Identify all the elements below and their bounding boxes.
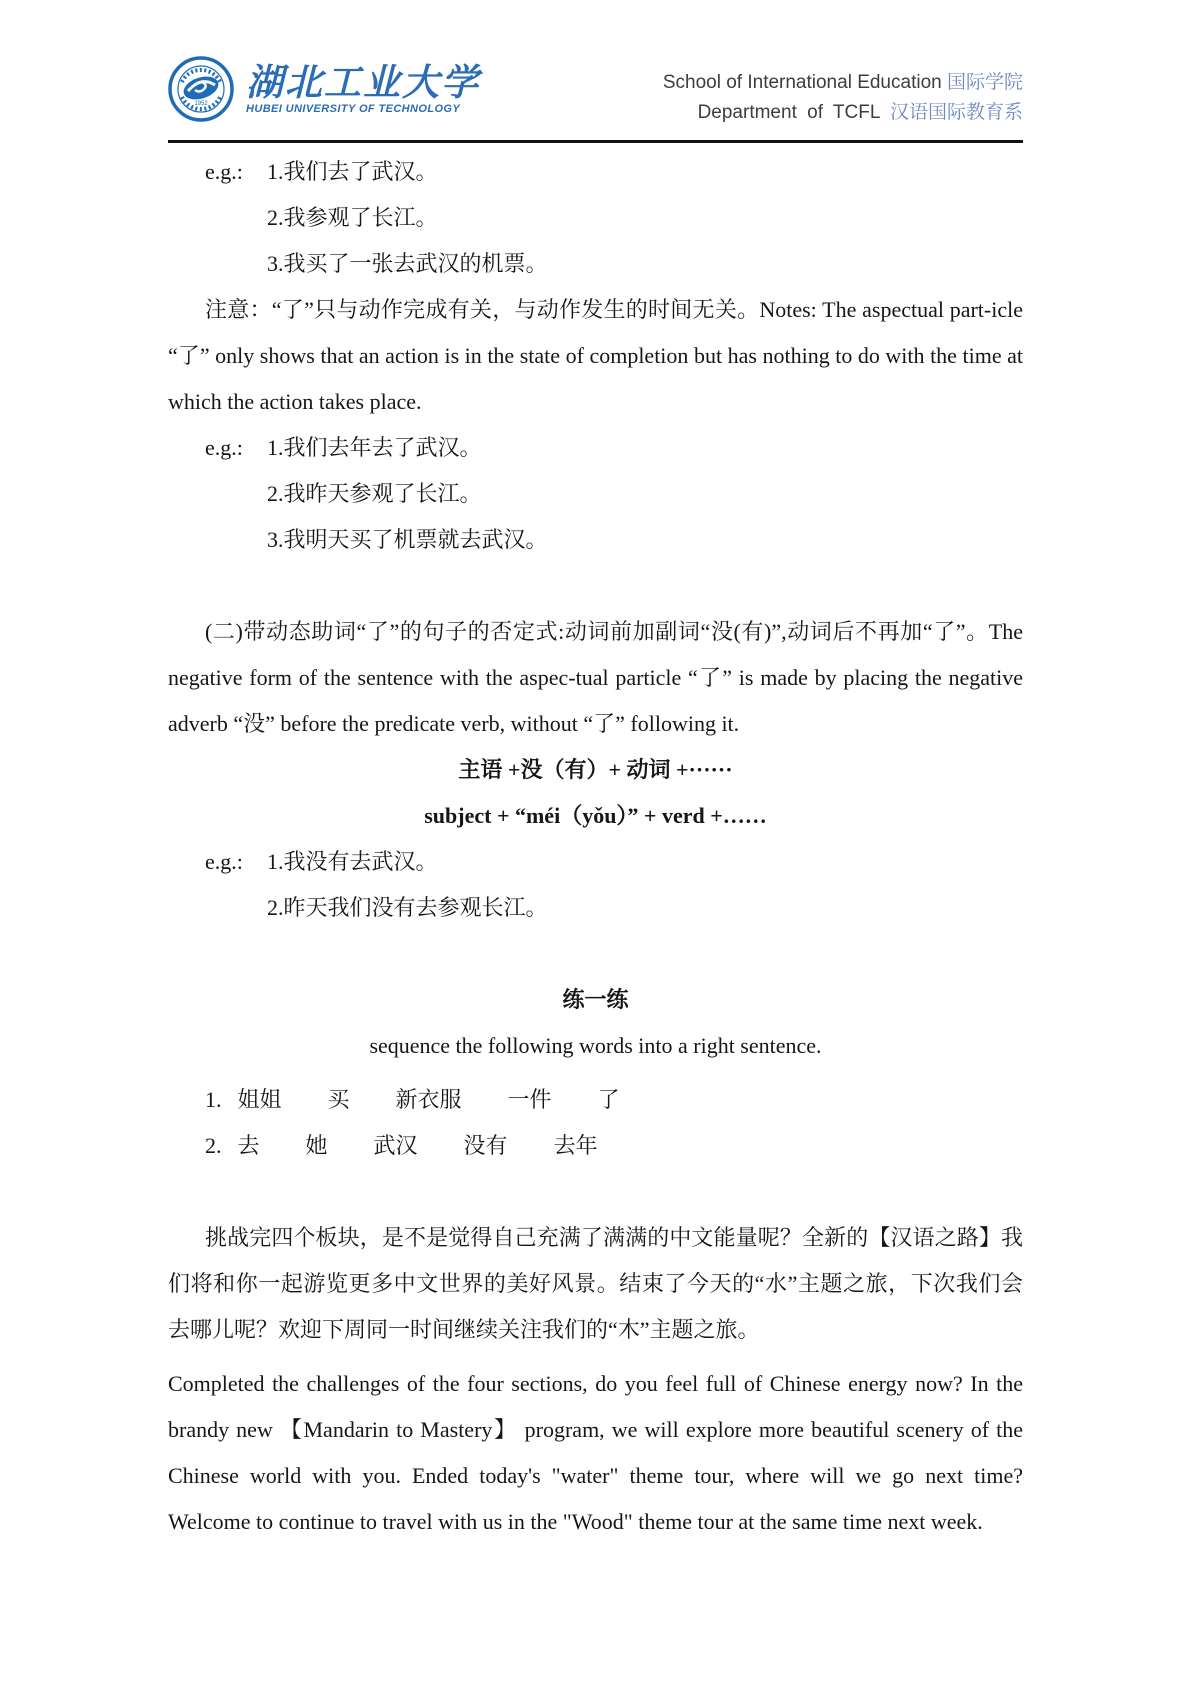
- practice-instruction: sequence the following words into a righ…: [168, 1023, 1023, 1069]
- exercise-words: 去 她 武汉 没有 去年: [238, 1123, 598, 1169]
- university-name-cn: 湖北工业大学: [246, 62, 480, 102]
- exercise-word: 她: [306, 1123, 328, 1169]
- exercise-word: 新衣服: [396, 1077, 462, 1123]
- example-block-1: e.g.:1.我们去了武汉。 2.我参观了长江。 3.我买了一张去武汉的机票。: [168, 149, 1023, 287]
- document-body: e.g.:1.我们去了武汉。 2.我参观了长江。 3.我买了一张去武汉的机票。 …: [168, 149, 1023, 1545]
- example-sentence: 1.我们去年去了武汉。: [267, 435, 482, 460]
- dept-name-cn: 汉语国际教育系: [890, 102, 1023, 123]
- eg-label: e.g.:: [205, 149, 267, 195]
- university-name: 湖北工业大学 HUBEI UNIVERSITY OF TECHNOLOGY: [246, 62, 480, 116]
- school-name-cn: 国际学院: [947, 72, 1023, 93]
- closing-paragraph-cn: 挑战完四个板块，是不是觉得自己充满了满满的中文能量呢？全新的【汉语之路】我们将和…: [168, 1215, 1023, 1353]
- practice-title: 练一练: [168, 977, 1023, 1023]
- eg-label: e.g.:: [205, 839, 267, 885]
- document-page: 1952 湖北工业大学 HUBEI UNIVERSITY OF TECHNOLO…: [0, 0, 1191, 1684]
- negative-form-paragraph: (二)带动态助词“了”的句子的否定式:动词前加副词“没(有)”,动词后不再加“了…: [168, 609, 1023, 747]
- university-name-en: HUBEI UNIVERSITY OF TECHNOLOGY: [246, 102, 480, 116]
- example-sentence: 2.我昨天参观了长江。: [267, 481, 482, 506]
- school-name-en: School of International Education: [663, 72, 947, 93]
- eg-label: e.g.:: [205, 425, 267, 471]
- example-line: 3.我明天买了机票就去武汉。: [168, 517, 1023, 563]
- dept-name-en: Department of TCFL: [698, 102, 890, 123]
- exercise-word: 了: [598, 1077, 620, 1123]
- closing-paragraph-en: Completed the challenges of the four sec…: [168, 1361, 1023, 1545]
- department-header: School of International Education 国际学院 D…: [663, 68, 1023, 128]
- exercise-word: 去年: [554, 1123, 598, 1169]
- formula-chinese: 主语 +没（有）+ 动词 +······: [168, 747, 1023, 793]
- example-sentence: 2.昨天我们没有去参观长江。: [267, 895, 548, 920]
- example-line: e.g.:1.我们去年去了武汉。: [168, 425, 1023, 471]
- dept-line: Department of TCFL 汉语国际教育系: [663, 98, 1023, 128]
- exercise-word: 去: [238, 1123, 260, 1169]
- example-line: 2.我昨天参观了长江。: [168, 471, 1023, 517]
- university-logo: 1952 湖北工业大学 HUBEI UNIVERSITY OF TECHNOLO…: [168, 56, 480, 122]
- university-emblem-icon: 1952: [168, 56, 234, 122]
- example-block-2: e.g.:1.我们去年去了武汉。 2.我昨天参观了长江。 3.我明天买了机票就去…: [168, 425, 1023, 563]
- formula-pinyin: subject + “méi（yǒu）” + verd +……: [168, 793, 1023, 839]
- example-block-3: e.g.:1.我没有去武汉。 2.昨天我们没有去参观长江。: [168, 839, 1023, 931]
- example-sentence: 3.我明天买了机票就去武汉。: [267, 527, 548, 552]
- example-sentence: 1.我们去了武汉。: [267, 159, 438, 184]
- page-header: 1952 湖北工业大学 HUBEI UNIVERSITY OF TECHNOLO…: [168, 56, 1023, 143]
- exercise-row-2: 2. 去 她 武汉 没有 去年: [168, 1123, 1023, 1169]
- exercise-word: 武汉: [374, 1123, 418, 1169]
- exercise-number: 2.: [205, 1123, 222, 1169]
- school-line: School of International Education 国际学院: [663, 68, 1023, 98]
- notes-cn: 注意：“了”只与动作完成有关，与动作发生的时间无关。: [205, 297, 759, 322]
- svg-text:1952: 1952: [194, 101, 208, 107]
- exercise-row-1: 1. 姐姐 买 新衣服 一件 了: [168, 1077, 1023, 1123]
- exercise-word: 姐姐: [238, 1077, 282, 1123]
- example-sentence: 2.我参观了长江。: [267, 205, 438, 230]
- example-line: e.g.:1.我没有去武汉。: [168, 839, 1023, 885]
- example-sentence: 1.我没有去武汉。: [267, 849, 438, 874]
- example-line: 2.昨天我们没有去参观长江。: [168, 885, 1023, 931]
- notes-paragraph: 注意：“了”只与动作完成有关，与动作发生的时间无关。Notes: The asp…: [168, 287, 1023, 425]
- example-line: e.g.:1.我们去了武汉。: [168, 149, 1023, 195]
- example-sentence: 3.我买了一张去武汉的机票。: [267, 251, 548, 276]
- exercise-word: 一件: [508, 1077, 552, 1123]
- example-line: 2.我参观了长江。: [168, 195, 1023, 241]
- exercise-words: 姐姐 买 新衣服 一件 了: [238, 1077, 620, 1123]
- exercise-number: 1.: [205, 1077, 222, 1123]
- exercise-word: 没有: [464, 1123, 508, 1169]
- exercise-word: 买: [328, 1077, 350, 1123]
- negative-cn: (二)带动态助词“了”的句子的否定式:动词前加副词“没(有)”,动词后不再加“了…: [205, 619, 989, 644]
- example-line: 3.我买了一张去武汉的机票。: [168, 241, 1023, 287]
